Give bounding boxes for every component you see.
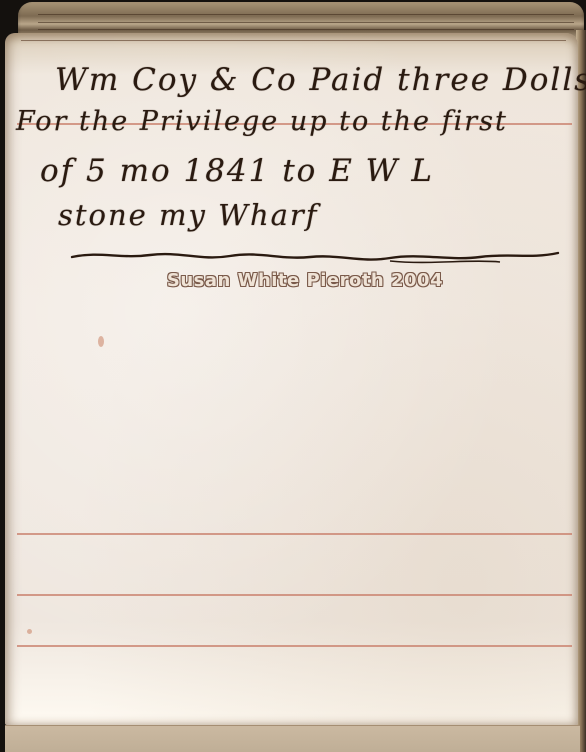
page-top-rule bbox=[21, 40, 566, 41]
handwriting-line-2: For the Privilege up to the first bbox=[16, 106, 508, 137]
paper-stain bbox=[98, 336, 104, 347]
page-edge-line bbox=[38, 29, 574, 30]
ruled-line bbox=[17, 533, 572, 535]
copyright-watermark: Susan White Pieroth 2004 bbox=[150, 270, 460, 291]
page-stack-bottom bbox=[5, 725, 580, 752]
page-edge-line bbox=[38, 14, 574, 15]
handwriting-line-4: stone my Wharf bbox=[58, 198, 319, 232]
paper-stain bbox=[27, 629, 32, 634]
ruled-line bbox=[17, 645, 572, 647]
ruled-line bbox=[17, 594, 572, 596]
page-edge-line bbox=[38, 22, 574, 23]
ink-flourish-underline bbox=[70, 245, 560, 269]
handwriting-line-1: Wm Coy & Co Paid three Dolls bbox=[55, 62, 586, 98]
handwriting-line-3: of 5 mo 1841 to E W L bbox=[40, 153, 434, 189]
ledger-photo: Wm Coy & Co Paid three Dolls For the Pri… bbox=[0, 0, 586, 752]
